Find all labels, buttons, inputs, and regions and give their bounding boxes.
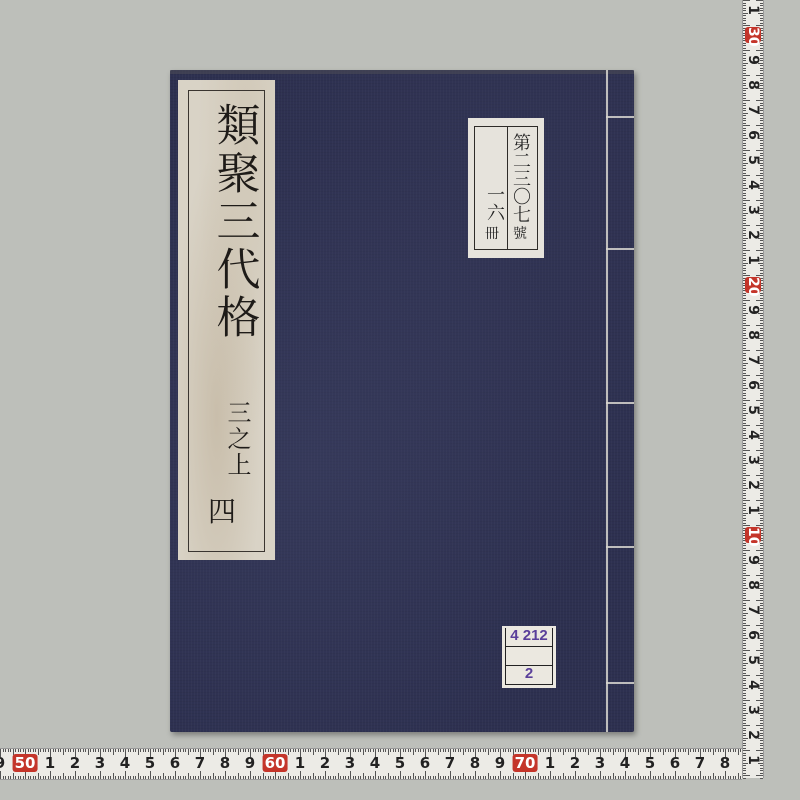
ruler-tick [535, 749, 536, 752]
ruler-tick [428, 776, 429, 779]
ruler-tick [743, 220, 746, 221]
ruler-tick [743, 645, 746, 646]
ruler-label: 60 [263, 754, 288, 772]
ruler-tick [248, 749, 249, 752]
shelf-row-3: 2 [505, 666, 553, 685]
volume-number: 四 [208, 490, 236, 530]
vertical-ruler: 1309876543212098765432110987654321 [742, 0, 764, 778]
ruler-tick [295, 776, 296, 779]
ruler-tick [253, 749, 254, 752]
ruler-tick [433, 749, 434, 752]
ruler-tick [473, 776, 474, 779]
ruler-tick [628, 776, 629, 779]
ruler-tick [65, 749, 66, 752]
ruler-tick [756, 275, 763, 276]
ruler-tick [523, 776, 524, 779]
ruler-tick [350, 771, 351, 779]
ruler-tick [743, 100, 750, 101]
ruler-tick [265, 749, 266, 752]
ruler-label: 1 [295, 754, 305, 772]
ruler-tick [743, 450, 750, 451]
ruler-tick [255, 776, 256, 779]
ruler-tick [678, 776, 679, 779]
ruler-tick [743, 650, 750, 651]
ruler-tick [743, 695, 746, 696]
ruler-tick [220, 749, 221, 752]
ruler-tick [485, 776, 486, 779]
ruler-label: 1 [45, 754, 55, 772]
ruler-tick [538, 773, 539, 779]
ruler-label: 7 [745, 352, 761, 368]
ruler-tick [713, 749, 714, 755]
ruler-tick [455, 749, 456, 752]
ruler-tick [638, 773, 639, 779]
ruler-label: 6 [745, 627, 761, 643]
ruler-tick [188, 773, 189, 779]
ruler-tick [405, 749, 406, 752]
title-slip: 類聚三代格 三之上 四 [178, 80, 275, 560]
ruler-tick [330, 776, 331, 779]
ruler-tick [735, 749, 736, 752]
ruler-tick [685, 776, 686, 779]
ruler-label: 9 [745, 52, 761, 68]
ruler-tick [143, 776, 144, 779]
ruler-tick [670, 749, 671, 752]
shelf-copy-number: 2 [506, 665, 552, 682]
ruler-tick [743, 778, 746, 779]
ruler-tick [83, 749, 84, 752]
ruler-tick [515, 749, 516, 752]
ruler-tick [348, 776, 349, 779]
ruler-tick [520, 776, 521, 779]
ruler-tick [23, 776, 24, 779]
ruler-tick [713, 773, 714, 779]
ruler-tick [88, 773, 89, 779]
ruler-tick [760, 595, 763, 596]
ruler-tick [756, 625, 763, 626]
ruler-tick [685, 749, 686, 752]
ruler-tick [305, 749, 306, 752]
ruler-tick [625, 771, 626, 779]
ruler-tick [458, 749, 459, 752]
ruler-tick [180, 749, 181, 752]
ruler-tick [45, 776, 46, 779]
ruler-tick [743, 673, 746, 674]
ruler-tick [335, 776, 336, 779]
ruler-tick [373, 749, 374, 752]
ruler-tick [760, 348, 763, 349]
ruler-tick [140, 749, 141, 752]
ruler-tick [368, 776, 369, 779]
ruler-tick [756, 225, 763, 226]
ruler-tick [93, 776, 94, 779]
ruler-tick [743, 70, 746, 71]
ruler-tick [573, 776, 574, 779]
ruler-tick [93, 749, 94, 752]
ruler-tick [413, 749, 414, 755]
ruler-tick [85, 776, 86, 779]
ruler-tick [760, 270, 763, 271]
ruler-tick [760, 245, 763, 246]
ruler-tick [743, 75, 750, 76]
ruler-tick [715, 749, 716, 752]
ruler-label: 70 [513, 754, 538, 772]
ruler-tick [658, 749, 659, 752]
ruler-tick [485, 749, 486, 752]
ruler-label: 2 [745, 477, 761, 493]
ruler-tick [660, 776, 661, 779]
ruler-tick [756, 50, 763, 51]
ruler-tick [380, 776, 381, 779]
ruler-tick [743, 350, 750, 351]
ruler-tick [743, 570, 746, 571]
ruler-tick [743, 550, 750, 551]
binding-stitch [606, 546, 634, 548]
ruler-tick [210, 749, 211, 752]
ruler-tick [170, 776, 171, 779]
ruler-tick [303, 776, 304, 779]
ruler-tick [383, 749, 384, 752]
ruler-tick [743, 198, 746, 199]
binding-thread [606, 70, 608, 732]
ruler-tick [673, 776, 674, 779]
ruler-tick [138, 749, 139, 755]
ruler-tick [55, 749, 56, 752]
ruler-tick [545, 749, 546, 752]
ruler-tick [310, 749, 311, 752]
ruler-tick [153, 776, 154, 779]
horizontal-ruler: 950123456789601234567897012345678 [0, 748, 742, 780]
ruler-tick [743, 395, 746, 396]
ruler-tick [756, 100, 763, 101]
ruler-tick [58, 776, 59, 779]
ruler-tick [760, 148, 763, 149]
ruler-tick [658, 776, 659, 779]
ruler-tick [113, 749, 114, 755]
ruler-tick [135, 776, 136, 779]
ruler-tick [343, 776, 344, 779]
ruler-tick [120, 776, 121, 779]
ruler-tick [53, 749, 54, 752]
ruler-tick [743, 0, 750, 1]
ruler-tick [148, 776, 149, 779]
ruler-tick [385, 776, 386, 779]
ruler-tick [258, 776, 259, 779]
ruler-tick [0, 771, 1, 779]
ruler-tick [98, 749, 99, 752]
ruler-tick [760, 645, 763, 646]
ruler-tick [570, 776, 571, 779]
ruler-tick [558, 776, 559, 779]
ruler-tick [410, 776, 411, 779]
ruler-tick [756, 550, 763, 551]
ruler-tick [23, 749, 24, 752]
ruler-tick [190, 749, 191, 752]
ruler-tick [140, 776, 141, 779]
ruler-tick [760, 448, 763, 449]
ruler-tick [173, 776, 174, 779]
book-top-edge [170, 70, 634, 74]
ruler-tick [395, 776, 396, 779]
ruler-tick [558, 749, 559, 752]
ruler-tick [585, 749, 586, 752]
ruler-label: 2 [70, 754, 80, 772]
ruler-tick [238, 749, 239, 755]
ruler-label: 50 [13, 754, 38, 772]
ruler-tick [743, 148, 746, 149]
ruler-tick [340, 749, 341, 752]
ruler-label: 3 [345, 754, 355, 772]
ruler-tick [183, 749, 184, 752]
ruler-tick [760, 323, 763, 324]
ruler-tick [695, 776, 696, 779]
ruler-tick [463, 749, 464, 755]
ruler-tick [223, 776, 224, 779]
ruler-tick [688, 749, 689, 755]
book-title: 類聚三代格 [206, 102, 266, 342]
ruler-tick [48, 749, 49, 752]
ruler-tick [760, 470, 763, 471]
ruler-tick [215, 749, 216, 752]
ruler-tick [738, 749, 739, 755]
ruler-label: 5 [645, 754, 655, 772]
ruler-tick [743, 623, 746, 624]
ruler-tick [743, 520, 746, 521]
ruler-tick [743, 345, 746, 346]
ruler-label: 8 [745, 327, 761, 343]
ruler-tick [445, 749, 446, 752]
ruler-label: 2 [745, 727, 761, 743]
ruler-tick [723, 776, 724, 779]
ruler-tick [493, 776, 494, 779]
ruler-tick [128, 776, 129, 779]
ruler-tick [268, 776, 269, 779]
ruler-tick [580, 749, 581, 752]
ruler-tick [460, 749, 461, 752]
ruler-tick [418, 749, 419, 752]
ruler-tick [163, 749, 164, 755]
ruler-tick [303, 749, 304, 752]
ruler-tick [255, 749, 256, 752]
ruler-tick [760, 345, 763, 346]
ruler-tick [3, 776, 4, 779]
ruler-tick [743, 773, 746, 774]
ruler-tick [260, 749, 261, 752]
ruler-tick [98, 776, 99, 779]
ruler-tick [655, 749, 656, 752]
ruler-tick [423, 776, 424, 779]
ruler-tick [760, 145, 763, 146]
ruler-tick [635, 749, 636, 752]
ruler-tick [48, 776, 49, 779]
shelf-row-2 [505, 647, 553, 666]
ruler-tick [643, 776, 644, 779]
ruler-tick [83, 776, 84, 779]
ruler-tick [610, 776, 611, 779]
ruler-tick [120, 749, 121, 752]
ruler-tick [513, 773, 514, 779]
ruler-tick [743, 670, 746, 671]
ruler-label: 2 [745, 227, 761, 243]
ruler-tick [68, 749, 69, 752]
ruler-tick [718, 776, 719, 779]
ruler-tick [743, 475, 750, 476]
ruler-tick [643, 749, 644, 752]
ruler-tick [488, 749, 489, 755]
ruler-tick [353, 749, 354, 752]
ruler-tick [743, 445, 746, 446]
ruler-tick [133, 776, 134, 779]
ruler-tick [478, 749, 479, 752]
ruler-tick [743, 575, 750, 576]
ruler-label: 8 [745, 577, 761, 593]
ruler-tick [193, 776, 194, 779]
ruler-tick [743, 125, 750, 126]
ruler-tick [178, 749, 179, 752]
ruler-tick [43, 776, 44, 779]
ruler-tick [325, 771, 326, 779]
ruler-tick [310, 776, 311, 779]
ruler-tick [743, 150, 750, 151]
ruler-tick [78, 776, 79, 779]
ruler-tick [465, 749, 466, 752]
ruler-tick [638, 749, 639, 755]
ruler-tick [450, 771, 451, 779]
ruler-label: 9 [495, 754, 505, 772]
ruler-tick [760, 673, 763, 674]
ruler-tick [368, 749, 369, 752]
ruler-tick [743, 770, 746, 771]
ruler-tick [760, 745, 763, 746]
ruler-tick [715, 776, 716, 779]
ruler-tick [423, 749, 424, 752]
ruler-tick [683, 776, 684, 779]
ruler-tick [756, 450, 763, 451]
ruler-label: 4 [745, 677, 761, 693]
ruler-label: 2 [570, 754, 580, 772]
ruler-tick [545, 776, 546, 779]
ruler-tick [608, 776, 609, 779]
ruler-tick [365, 749, 366, 752]
ruler-tick [553, 776, 554, 779]
ruler-tick [60, 749, 61, 752]
ruler-tick [470, 749, 471, 752]
ruler-tick [355, 776, 356, 779]
ruler-label: 7 [745, 102, 761, 118]
ruler-tick [293, 776, 294, 779]
ruler-tick [410, 749, 411, 752]
ruler-tick [488, 773, 489, 779]
ruler-tick [528, 749, 529, 752]
ruler-label: 1 [745, 2, 761, 18]
ruler-tick [440, 749, 441, 752]
ruler-tick [743, 73, 746, 74]
ruler-tick [38, 749, 39, 755]
ruler-tick [480, 749, 481, 752]
ruler-tick [298, 776, 299, 779]
ruler-tick [195, 749, 196, 752]
ruler-tick [143, 749, 144, 752]
ruler-tick [760, 778, 763, 779]
ruler-tick [565, 749, 566, 752]
ruler-tick [148, 749, 149, 752]
ruler-tick [395, 749, 396, 752]
ruler-tick [756, 700, 763, 701]
ruler-tick [28, 776, 29, 779]
ruler-tick [668, 749, 669, 752]
ruler-tick [598, 776, 599, 779]
ruler-tick [680, 776, 681, 779]
ruler-tick [760, 620, 763, 621]
ruler-tick [330, 749, 331, 752]
ruler-tick [756, 300, 763, 301]
ruler-label: 3 [745, 702, 761, 718]
ruler-tick [110, 749, 111, 752]
ruler-tick [33, 776, 34, 779]
ruler-tick [415, 776, 416, 779]
ruler-tick [743, 698, 746, 699]
ruler-tick [65, 776, 66, 779]
ruler-tick [483, 749, 484, 752]
ruler-tick [743, 423, 746, 424]
ruler-tick [333, 776, 334, 779]
book-cover: 類聚三代格 三之上 四 第二三〇七 一六 號 冊 4 212 2 [170, 70, 634, 732]
ruler-tick [508, 749, 509, 752]
ruler-tick [493, 749, 494, 752]
ruler-tick [300, 771, 301, 779]
ruler-tick [318, 749, 319, 752]
ruler-tick [593, 749, 594, 752]
ruler-tick [370, 749, 371, 752]
catalog-volume-count: 一六 [481, 185, 507, 221]
ruler-label: 5 [745, 652, 761, 668]
ruler-label: 7 [445, 754, 455, 772]
ruler-tick [533, 776, 534, 779]
ruler-tick [275, 771, 276, 779]
ruler-tick [690, 749, 691, 752]
ruler-tick [655, 776, 656, 779]
ruler-tick [635, 776, 636, 779]
ruler-tick [530, 749, 531, 752]
catalog-number: 第二三〇七 [511, 133, 529, 223]
ruler-tick [363, 749, 364, 755]
ruler-tick [393, 776, 394, 779]
ruler-tick [743, 598, 746, 599]
ruler-tick [308, 776, 309, 779]
ruler-tick [478, 776, 479, 779]
ruler-tick [130, 776, 131, 779]
ruler-tick [158, 749, 159, 752]
ruler-tick [285, 776, 286, 779]
ruler-tick [645, 776, 646, 779]
ruler-tick [378, 749, 379, 752]
ruler-tick [240, 776, 241, 779]
ruler-tick [243, 776, 244, 779]
ruler-tick [760, 445, 763, 446]
ruler-tick [590, 776, 591, 779]
ruler-tick [88, 749, 89, 755]
ruler-tick [480, 776, 481, 779]
ruler-tick [73, 776, 74, 779]
ruler-tick [383, 776, 384, 779]
ruler-tick [80, 749, 81, 752]
ruler-tick [760, 70, 763, 71]
volume-label: 三之上 [220, 400, 255, 478]
ruler-tick [230, 749, 231, 752]
ruler-tick [213, 749, 214, 755]
ruler-label: 9 [0, 754, 5, 772]
ruler-tick [30, 749, 31, 752]
